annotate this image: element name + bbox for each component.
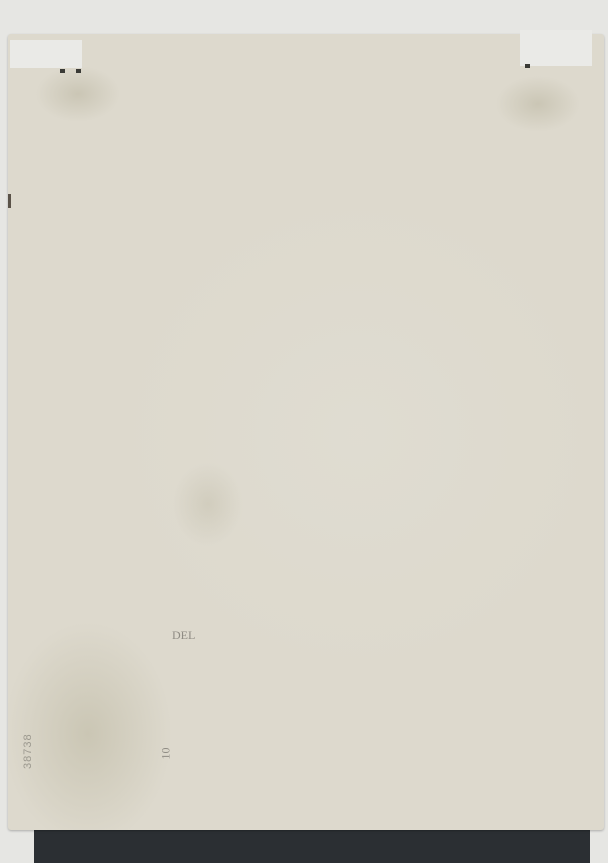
paper-sheet: DEL 10 38738 [8,34,604,830]
pencil-number: 10 [159,748,174,760]
pencil-annotation: DEL [172,628,195,643]
pin-hole [76,69,81,73]
inventory-number: 38738 [22,733,34,769]
tape-top-right [520,30,592,66]
dark-backing-board [34,828,590,863]
edge-mark [8,194,11,208]
pin-hole [525,64,530,68]
pin-hole [60,69,65,73]
tape-top-left [10,40,82,68]
